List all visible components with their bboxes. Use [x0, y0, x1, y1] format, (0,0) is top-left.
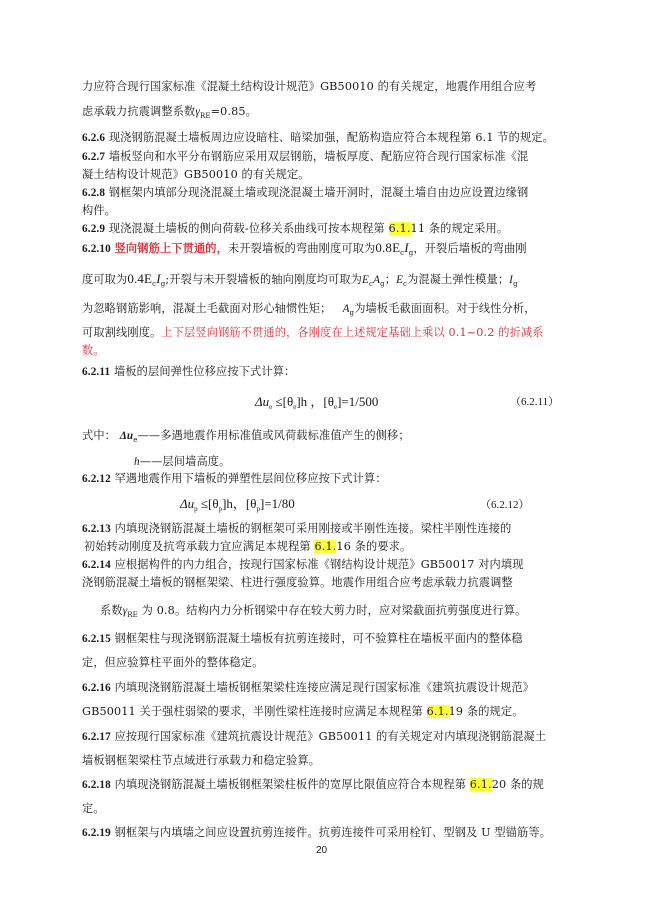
- clause-text: 应根据构件的内力组合，按现行国家标准《钢结构设计规范》GB50017 对内填现: [115, 558, 524, 571]
- clause-number: 6.2.18: [82, 779, 111, 791]
- clause-text-tail: 16 条的要求。: [336, 540, 411, 553]
- equation-number: （6.2.12）: [480, 496, 530, 512]
- clause-text: ；: [385, 273, 396, 286]
- highlighted-reference: 6.1.: [427, 705, 449, 718]
- clause-6-2-12: 6.2.12 罕遇地震作用下墙板的弹塑性层间位移应按下式计算：: [82, 472, 387, 486]
- math-expr: 0.4E: [127, 271, 152, 286]
- clause-number: 6.2.7: [82, 151, 105, 163]
- clause-number: 6.2.12: [82, 473, 111, 485]
- page-number: 20: [316, 845, 327, 856]
- clause-text: 为混凝土弹性模量；: [407, 273, 509, 286]
- clause-6-2-19: 6.2.19 钢框架与内填墙之间应设置抗剪连接件。抗剪连接件可采用栓钉、型钢及 …: [82, 826, 551, 840]
- clause-text: 内填现浇钢筋混凝土墙板钢框架梁柱板件的宽厚比限值应符合本规程第: [115, 778, 470, 791]
- clause-number: 6.2.11: [82, 366, 110, 378]
- clause-6-2-10-line-5: 数。: [82, 344, 105, 358]
- clause-number: 6.2.9: [82, 223, 105, 235]
- equation-number: （6.2.11）: [510, 393, 559, 409]
- clause-6-2-10-line-2: 度可取为0.4EcIg;开裂与未开裂墙板的轴向刚度均可取为EcAg；Ec为混凝土…: [82, 272, 518, 291]
- clause-text-tail: 11 条的规定采用。: [411, 222, 509, 235]
- math-expr: E: [362, 274, 369, 286]
- math-expr: Δu: [120, 430, 134, 442]
- where-clause-1: 式中： Δue——多遇地震作用标准值或风荷载标准值产生的侧移；: [82, 429, 410, 447]
- math-expr: ]h，[θ: [222, 496, 256, 511]
- clause-number: 6.2.14: [82, 559, 111, 571]
- intro-line-1: 力应符合现行国家标准《混凝土结构设计规范》GB50010 的有关规定，地震作用组…: [82, 80, 536, 94]
- math-sub: g: [513, 280, 518, 288]
- equation-6-2-12: Δup ≤[θp]h，[θp]=1/80: [180, 493, 295, 513]
- clause-6-2-14: 6.2.14 应根据构件的内力组合，按现行国家标准《钢结构设计规范》GB5001…: [82, 558, 524, 572]
- gamma-subscript: RE: [127, 611, 138, 619]
- clause-6-2-16: 6.2.16 内填现浇钢筋混凝土墙板钢框架梁柱连接应满足现行国家标准《建筑抗震设…: [82, 681, 534, 695]
- clause-text: 应按现行国家标准《建筑抗震设计规范》GB50011 的有关规定对内填现浇钢筋混凝…: [115, 730, 547, 743]
- clause-text: 系数: [100, 604, 123, 617]
- clause-6-2-10-line-3: 为忽略钢筋影响，混凝土毛截面对形心轴惯性矩； Ag为墙板毛截面面积。对于线性分析…: [82, 302, 536, 320]
- clause-text: 为墙板毛截面面积。对于线性分析，: [354, 302, 535, 315]
- red-annotation: 竖向钢筋上下贯通的，: [115, 241, 228, 255]
- clause-6-2-17: 6.2.17 应按现行国家标准《建筑抗震设计规范》GB50011 的有关规定对内…: [82, 730, 546, 744]
- clause-6-2-10-line-4: 可取割线刚度。上下层竖向钢筋不贯通的，各刚度在上述规定基础上乘以 0.1~0.2…: [82, 326, 544, 340]
- clause-text: ;开裂与未开裂墙板的轴向刚度均可取为: [165, 273, 362, 286]
- intro-value: =0.85。: [211, 105, 257, 118]
- clause-text: 可取割线刚度。: [82, 326, 161, 339]
- clause-text-tail: 19 条的规定。: [449, 705, 524, 718]
- clause-number: 6.2.17: [82, 731, 111, 743]
- highlighted-reference: 6.1.: [314, 540, 336, 553]
- clause-6-2-14-line-3: 系数γRE 为 0.8。结构内力分析钢梁中存在较大剪力时，应对梁截面抗剪强度进行…: [100, 604, 526, 622]
- clause-6-2-9: 6.2.9 现浇混凝土墙板的侧向荷载-位移关系曲线可按本规程第 6.1.11 条…: [82, 222, 508, 236]
- highlighted-reference: 6.1.: [470, 778, 492, 791]
- clause-6-2-15-cont: 定，但应验算柱平面外的整体稳定。: [82, 656, 263, 670]
- clause-text: 钢框架柱与现浇钢筋混凝土墙板有抗剪连接时，可不验算柱在墙板平面内的整体稳: [115, 632, 523, 645]
- clause-6-2-18: 6.2.18 内填现浇钢筋混凝土墙板钢框架梁柱板件的宽厚比限值应符合本规程第 6…: [82, 778, 544, 792]
- clause-text: 钢框架与内填墙之间应设置抗剪连接件。抗剪连接件可采用栓钉、型钢及 U 型锚筋等。: [115, 826, 551, 839]
- where-text: ——多遇地震作用标准值或风荷载标准值产生的侧移；: [138, 429, 410, 442]
- clause-number: 6.2.15: [82, 633, 111, 645]
- where-clause-2: h——层间墙高度。: [134, 455, 230, 469]
- clause-6-2-16-cont: GB50011 关于强柱弱梁的要求，半刚性梁柱连接时应满足本规程第 6.1.19…: [82, 705, 524, 719]
- gamma-subscript: RE: [200, 112, 211, 120]
- intro-line-2: 虑承载力抗震调整系数γRE=0.85。: [82, 105, 257, 123]
- clause-text: 钢框架内填部分现浇混凝土墙或现浇混凝土墙开洞时，混凝土墙自由边应设置边缘钢: [109, 186, 529, 199]
- red-annotation: 上下层竖向钢筋不贯通的，各刚度在上述规定基础上乘以 0.1~0.2 的折减系: [161, 326, 543, 339]
- clause-text: 墙板的层间弹性位移应按下式计算：: [114, 365, 295, 378]
- clause-text: 为 0.8。结构内力分析钢梁中存在较大剪力时，应对梁截面抗剪强度进行算。: [142, 604, 527, 617]
- math-expr: A: [343, 303, 350, 315]
- math-expr: ≤[θ: [272, 394, 293, 409]
- math-expr: Δu: [255, 394, 269, 409]
- equation-6-2-11: Δue ≤[θe]h ，[θe]=1/500: [255, 391, 378, 411]
- clause-6-2-15: 6.2.15 钢框架柱与现浇钢筋混凝土墙板有抗剪连接时，可不验算柱在墙板平面内的…: [82, 632, 523, 646]
- clause-6-2-14-cont: 浇钢筋混凝土墙板的钢框架梁、柱进行强度验算。地震作用组合应考虑承载力抗震调整: [82, 576, 513, 590]
- math-expr: E: [396, 274, 403, 286]
- clause-text: ，开裂后墙板的弯曲刚: [413, 242, 526, 255]
- clause-6-2-11: 6.2.11 墙板的层间弹性位移应按下式计算：: [82, 365, 295, 379]
- clause-6-2-18-cont: 定。: [82, 802, 105, 816]
- clause-number: 6.2.19: [82, 827, 111, 839]
- math-expr: ]h ，[θ: [296, 394, 334, 409]
- clause-text-tail: 20 条的规: [492, 778, 544, 791]
- intro-text: 虑承载力抗震调整系数: [82, 105, 195, 118]
- clause-6-2-13: 6.2.13 内填现浇钢筋混凝土墙板的钢框架可采用刚接或半刚性连接。梁柱半刚性连…: [82, 522, 511, 536]
- math-expr: ≤[θ: [198, 496, 219, 511]
- clause-text: 未开裂墙板的弯曲刚度可取为: [228, 242, 375, 255]
- clause-number: 6.2.6: [82, 132, 105, 144]
- math-expr: 0.8E: [375, 240, 400, 255]
- clause-text: 墙板竖向和水平分布钢筋应采用双层钢筋，墙板厚度、配筋应符合现行国家标准《混: [109, 150, 529, 163]
- clause-6-2-8-cont: 构件。: [82, 204, 116, 218]
- math-expr: Δu: [180, 496, 194, 511]
- where-text: ——层间墙高度。: [140, 455, 231, 468]
- clause-text: 为忽略钢筋影响，混凝土毛截面对形心轴惯性矩；: [82, 302, 331, 315]
- clause-text: 初始转动刚度及抗弯承载力宜应满足本规程第: [84, 540, 314, 553]
- math-expr: ]=1/500: [337, 394, 378, 409]
- clause-6-2-7: 6.2.7 墙板竖向和水平分布钢筋应采用双层钢筋，墙板厚度、配筋应符合现行国家标…: [82, 150, 528, 164]
- clause-text: 度可取为: [82, 273, 127, 286]
- clause-6-2-10: 6.2.10 竖向钢筋上下贯通的，未开裂墙板的弯曲刚度可取为0.8EcIg，开裂…: [82, 241, 527, 260]
- clause-6-2-13-cont: 初始转动刚度及抗弯承载力宜应满足本规程第 6.1.16 条的要求。: [84, 540, 411, 554]
- clause-6-2-8: 6.2.8 钢框架内填部分现浇混凝土墙或现浇混凝土墙开洞时，混凝土墙自由边应设置…: [82, 186, 528, 200]
- clause-text: GB50011 关于强柱弱梁的要求，半刚性梁柱连接时应满足本规程第: [82, 705, 427, 718]
- clause-text: 内填现浇钢筋混凝土墙板的钢框架可采用刚接或半刚性连接。梁柱半刚性连接的: [115, 522, 512, 535]
- clause-6-2-6: 6.2.6 现浇钢筋混凝土墙板周边应设暗柱、暗梁加强，配筋构造应符合本规程第 6…: [82, 131, 554, 145]
- clause-number: 6.2.10: [82, 243, 111, 255]
- clause-6-2-17-cont: 墙板钢框架梁柱节点域进行承载力和稳定验算。: [82, 754, 320, 768]
- clause-text: 现浇钢筋混凝土墙板周边应设暗柱、暗梁加强，配筋构造应符合本规程第 6.1 节的规…: [109, 131, 554, 144]
- clause-6-2-7-cont: 凝土结构设计规范》GB50010 的有关规定。: [82, 168, 310, 182]
- clause-text: 内填现浇钢筋混凝土墙板钢框架梁柱连接应满足现行国家标准《建筑抗震设计规范》: [115, 681, 535, 694]
- clause-text: 罕遇地震作用下墙板的弹塑性层间位移应按下式计算：: [115, 472, 387, 485]
- clause-number: 6.2.8: [82, 187, 105, 199]
- clause-number: 6.2.13: [82, 523, 111, 535]
- highlighted-reference: 6.1.: [389, 222, 411, 235]
- math-expr: ]=1/80: [260, 496, 295, 511]
- clause-number: 6.2.16: [82, 682, 111, 694]
- where-label: 式中：: [82, 429, 116, 442]
- clause-text: 现浇混凝土墙板的侧向荷载-位移关系曲线可按本规程第: [109, 222, 389, 235]
